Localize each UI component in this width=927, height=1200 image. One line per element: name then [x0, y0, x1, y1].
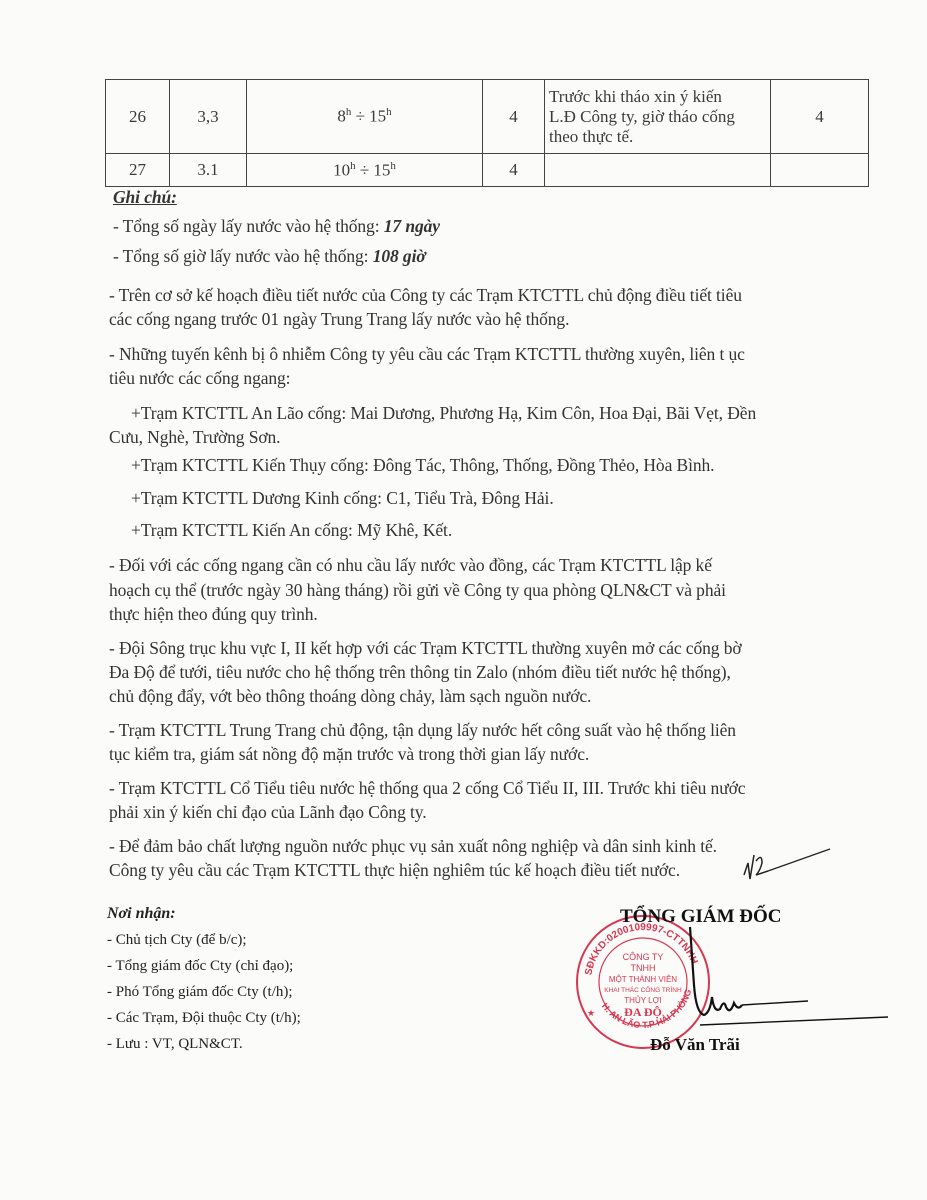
svg-text:ĐA ĐỘ: ĐA ĐỘ	[624, 1005, 662, 1019]
cell-last	[771, 154, 869, 187]
recipients-title: Nơi nhận:	[107, 905, 176, 923]
note-line: Công ty yêu cầu các Trạm KTCTTL thực hiệ…	[109, 860, 680, 881]
table-row: 27 3.1 10h ÷ 15h 4	[106, 154, 869, 187]
svg-text:★: ★	[587, 1008, 595, 1018]
recipient-item: - Phó Tổng giám đốc Cty (t/h);	[107, 984, 293, 1001]
cell-last: 4	[771, 80, 869, 154]
svg-text:THỦY LỢI: THỦY LỢI	[624, 996, 661, 1005]
note-line: - Trên cơ sở kế hoạch điều tiết nước của…	[109, 285, 742, 306]
note-line: Đa Độ để tưới, tiêu nước cho hệ thống tr…	[109, 662, 731, 683]
note-line: +Trạm KTCTTL An Lão cống: Mai Dương, Phư…	[131, 403, 756, 424]
note-line: tiêu nước các cống ngang:	[109, 368, 290, 389]
cell-hours: 4	[483, 154, 545, 187]
svg-text:TNHH: TNHH	[631, 963, 656, 973]
total-days: - Tổng số ngày lấy nước vào hệ thống: 17…	[113, 216, 440, 237]
cell-time: 8h ÷ 15h	[247, 80, 483, 154]
note-line: - Đối với các cống ngang cần có nhu cầu …	[109, 555, 712, 576]
cell-value: 3,3	[170, 80, 247, 154]
initials-mark-icon	[740, 845, 860, 885]
note-line: - Đội Sông trục khu vực I, II kết hợp vớ…	[109, 638, 742, 659]
note-line: - Trạm KTCTTL Trung Trang chủ động, tận …	[109, 720, 736, 741]
note-line: - Trạm KTCTTL Cổ Tiểu tiêu nước hệ thống…	[109, 778, 745, 799]
table-row: 26 3,3 8h ÷ 15h 4 Trước khi tháo xin ý k…	[106, 80, 869, 154]
recipient-item: - Lưu : VT, QLN&CT.	[107, 1036, 243, 1053]
total-hours: - Tổng số giờ lấy nước vào hệ thống: 108…	[113, 246, 426, 267]
note-line: tục kiểm tra, giám sát nồng độ mặn trước…	[109, 744, 589, 765]
cell-value: 3.1	[170, 154, 247, 187]
note-line: - Những tuyến kênh bị ô nhiễm Công ty yê…	[109, 344, 745, 365]
note-line: +Trạm KTCTTL Dương Kinh cống: C1, Tiểu T…	[131, 488, 554, 509]
cell-stt: 27	[106, 154, 170, 187]
cell-hours: 4	[483, 80, 545, 154]
note-line: phải xin ý kiến chỉ đạo của Lãnh đạo Côn…	[109, 802, 427, 823]
recipient-item: - Các Trạm, Đội thuộc Cty (t/h);	[107, 1010, 301, 1027]
signature-scribble-icon	[660, 925, 890, 1035]
note-line: +Trạm KTCTTL Kiến An cống: Mỹ Khê, Kết.	[131, 520, 452, 541]
note-line: thực hiện theo đúng quy trình.	[109, 604, 318, 625]
cell-note: Trước khi tháo xin ý kiến L.Đ Công ty, g…	[545, 80, 771, 154]
note-line: - Để đảm bảo chất lượng nguồn nước phục …	[109, 836, 717, 857]
document-page: 26 3,3 8h ÷ 15h 4 Trước khi tháo xin ý k…	[0, 0, 927, 1200]
cell-note	[545, 154, 771, 187]
note-line: các cống ngang trước 01 ngày Trung Trang…	[109, 309, 569, 330]
note-line: Cưu, Nghè, Trường Sơn.	[109, 427, 280, 448]
note-line: chủ động đẩy, vớt bèo thông thoáng dòng …	[109, 686, 591, 707]
cell-time: 10h ÷ 15h	[247, 154, 483, 187]
recipient-item: - Chủ tịch Cty (để b/c);	[107, 932, 247, 949]
cell-stt: 26	[106, 80, 170, 154]
note-line: hoạch cụ thể (trước ngày 30 hàng tháng) …	[109, 580, 726, 601]
note-line: +Trạm KTCTTL Kiến Thụy cống: Đông Tác, T…	[131, 455, 714, 476]
schedule-table: 26 3,3 8h ÷ 15h 4 Trước khi tháo xin ý k…	[105, 79, 869, 187]
notes-heading: Ghi chú:	[113, 187, 177, 208]
recipient-item: - Tổng giám đốc Cty (chỉ đạo);	[107, 958, 293, 975]
signer-name: Đỗ Văn Trãi	[650, 1035, 740, 1055]
svg-text:CÔNG TY: CÔNG TY	[623, 952, 664, 962]
